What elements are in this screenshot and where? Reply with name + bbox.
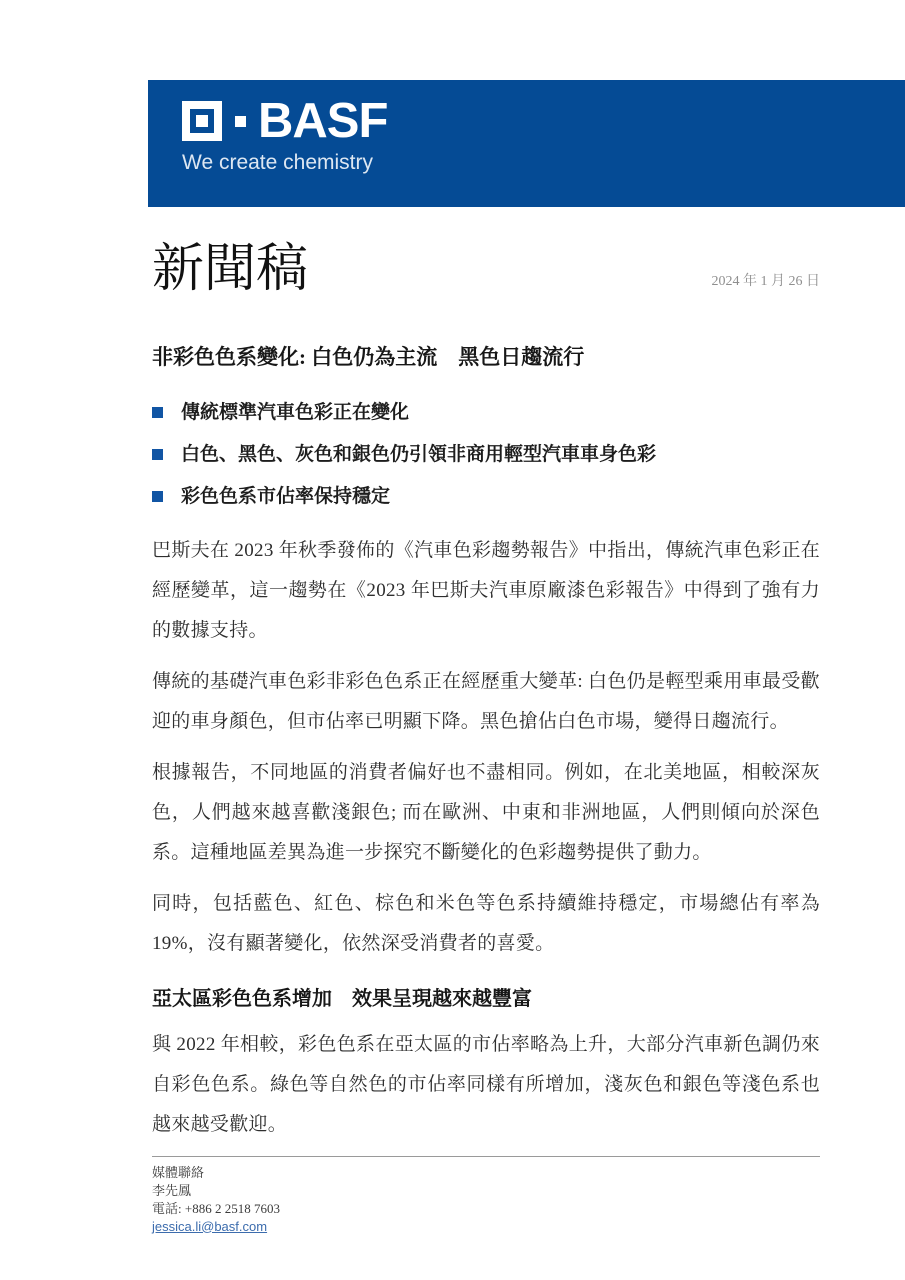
square-bullet-icon [152, 449, 163, 460]
media-contact-block: 媒體聯絡 李先鳳 電話: +886 2 2518 7603 jessica.li… [152, 1156, 820, 1236]
contact-phone: 電話: +886 2 2518 7603 [152, 1200, 820, 1218]
bullet-text: 白色、黑色、灰色和銀色仍引領非商用輕型汽車車身色彩 [181, 443, 656, 466]
list-item: 傳統標準汽車色彩正在變化 [152, 401, 820, 424]
list-item: 白色、黑色、灰色和銀色仍引領非商用輕型汽車車身色彩 [152, 443, 820, 466]
document-date: 2024 年 1 月 26 日 [712, 270, 821, 299]
basf-dot-icon [235, 116, 246, 127]
article-subheadline: 亞太區彩色色系增加 效果呈現越來越豐富 [152, 986, 820, 1012]
contact-email-link[interactable]: jessica.li@basf.com [152, 1218, 820, 1236]
body-paragraph: 根據報告，不同地區的消費者偏好也不盡相同。例如，在北美地區，相較深灰色，人們越來… [152, 753, 820, 873]
body-paragraph: 傳統的基礎汽車色彩非彩色色系正在經歷重大變革: 白色仍是輕型乘用車最受歡迎的車身… [152, 662, 820, 742]
brand-header-band: BASF We create chemistry [148, 80, 905, 207]
key-points-list: 傳統標準汽車色彩正在變化 白色、黑色、灰色和銀色仍引領非商用輕型汽車車身色彩 彩… [152, 401, 820, 508]
brand-tagline: We create chemistry [182, 151, 905, 175]
square-bullet-icon [152, 491, 163, 502]
press-release-page: BASF We create chemistry 新聞稿 2024 年 1 月 … [0, 0, 905, 1280]
masthead: 新聞稿 2024 年 1 月 26 日 [152, 241, 820, 299]
bullet-text: 彩色色系市佔率保持穩定 [181, 485, 390, 508]
square-bullet-icon [152, 407, 163, 418]
contact-name: 李先鳳 [152, 1182, 820, 1200]
basf-square-icon [182, 101, 222, 141]
body-paragraph: 巴斯夫在 2023 年秋季發佈的《汽車色彩趨勢報告》中指出，傳統汽車色彩正在經歷… [152, 531, 820, 651]
bullet-text: 傳統標準汽車色彩正在變化 [181, 401, 409, 424]
basf-logo: BASF [182, 101, 905, 141]
document-content: 新聞稿 2024 年 1 月 26 日 非彩色色系變化: 白色仍為主流 黑色日趨… [152, 241, 820, 1236]
body-paragraph: 同時，包括藍色、紅色、棕色和米色等色系持續維持穩定，市場總佔有率為 19%，沒有… [152, 884, 820, 964]
list-item: 彩色色系市佔率保持穩定 [152, 485, 820, 508]
body-paragraph: 與 2022 年相較，彩色色系在亞太區的市佔率略為上升，大部分汽車新色調仍來自彩… [152, 1025, 820, 1145]
document-title: 新聞稿 [152, 241, 308, 299]
article-headline: 非彩色色系變化: 白色仍為主流 黑色日趨流行 [152, 344, 820, 371]
basf-logo-wordmark: BASF [258, 101, 387, 141]
media-contact-label: 媒體聯絡 [152, 1164, 820, 1182]
